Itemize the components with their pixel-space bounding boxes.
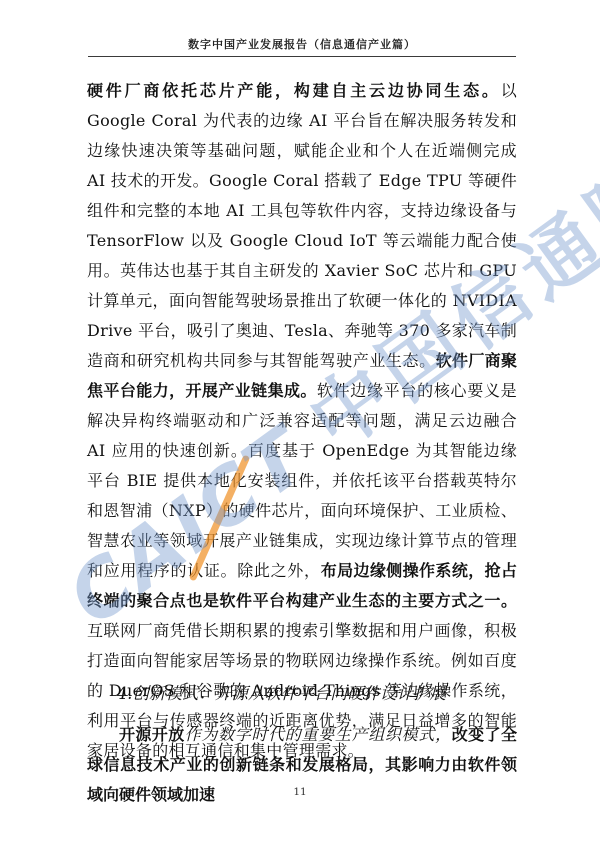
page-header-title: 数字中国产业发展报告（信息通信产业篇） xyxy=(88,38,516,52)
text-segment-kai: 作为数字时代的重要生产组织模式， xyxy=(185,725,452,744)
page-number: 11 xyxy=(0,786,600,798)
section-heading-innovation-mode: 4.创新模式：开源从软件平台向硬件设计扩展 xyxy=(87,679,517,709)
text-segment-bold: 开源开放 xyxy=(119,725,185,744)
document-page: 数字中国产业发展报告（信息通信产业篇） CAICT中国信通院 硬件厂商依托芯片产… xyxy=(0,0,600,848)
text-segment-normal: 以 Google Coral 为代表的边缘 AI 平台旨在解决服务转发和边缘快速… xyxy=(87,81,517,370)
paragraph-edge-ecosystem: 硬件厂商依托芯片产能，构建自主云边协同生态。以 Google Coral 为代表… xyxy=(87,76,517,766)
header-rule xyxy=(88,56,516,57)
text-segment-normal: 软件边缘平台的核心要义是解决异构终端驱动和广泛兼容适配等问题，满足云边融合 AI… xyxy=(87,381,517,580)
text-segment-bold: 硬件厂商依托芯片产能，构建自主云边协同生态。 xyxy=(87,81,501,100)
